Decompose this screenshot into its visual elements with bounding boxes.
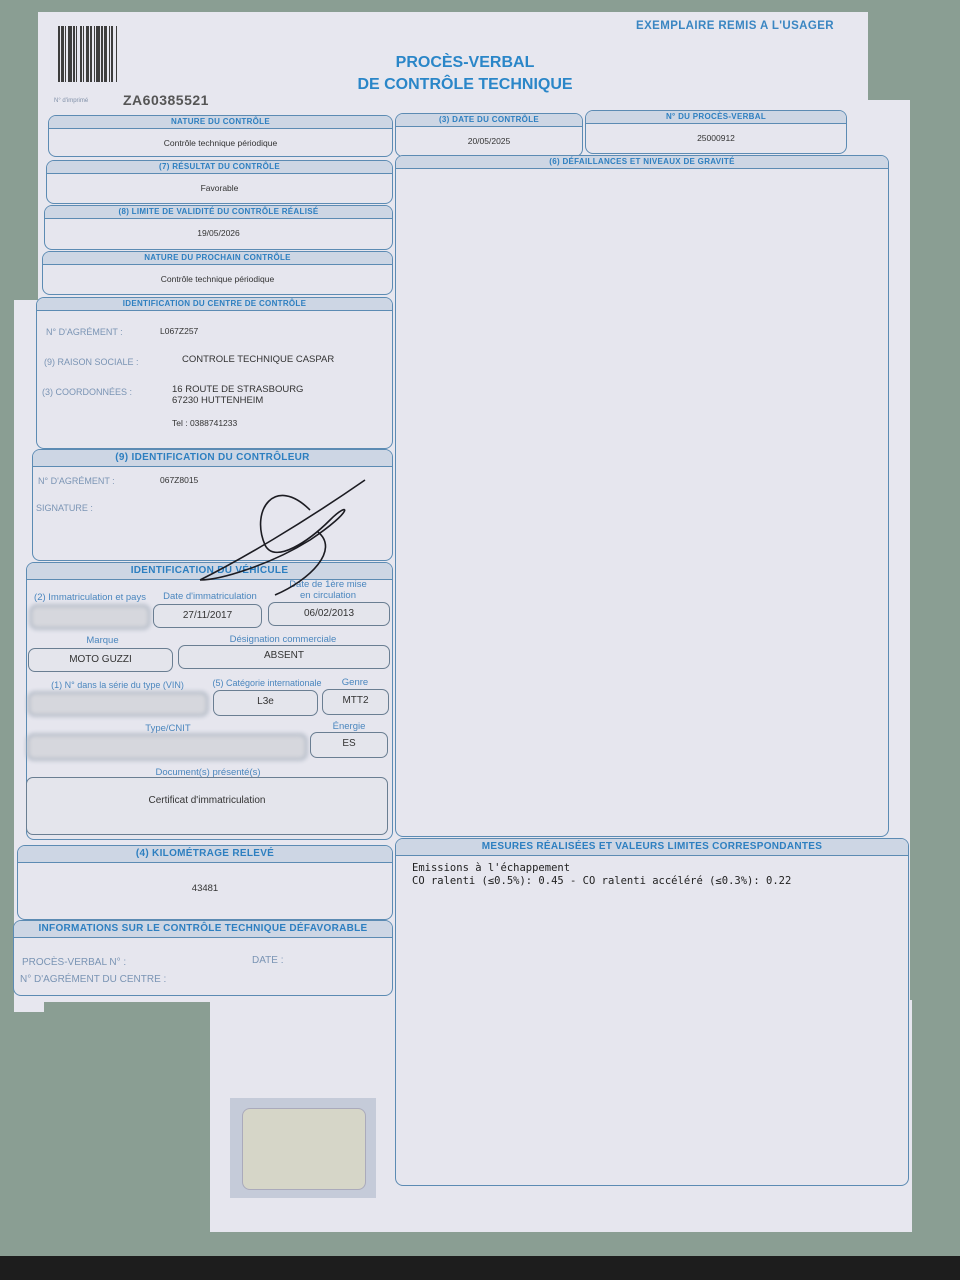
barcode — [58, 26, 208, 82]
type-cnit-label: Type/CNIT — [28, 723, 308, 734]
validity-value: 19/05/2026 — [45, 228, 392, 238]
security-hologram — [230, 1098, 376, 1198]
print-number: ZA60385521 — [123, 92, 209, 108]
first-circulation-label: Date de 1ère mise en circulation — [268, 579, 388, 601]
title-line-1: PROCÈS-VERBAL — [340, 52, 590, 74]
controller-agrement-label: N° D'AGRÉMENT : — [38, 476, 115, 486]
date-value: 20/05/2025 — [396, 136, 582, 146]
category-field: L3e — [213, 690, 318, 716]
result-box: (7) RÉSULTAT DU CONTRÔLE Favorable — [46, 160, 393, 204]
defects-box: (6) DÉFAILLANCES ET NIVEAUX DE GRAVITÉ — [395, 155, 889, 837]
pv-number-box: N° DU PROCÈS-VERBAL 25000912 — [585, 110, 847, 154]
table-edge — [0, 1256, 960, 1280]
documents-field: Certificat d'immatriculation — [26, 777, 388, 835]
unfavorable-date-label: DATE : — [252, 955, 283, 966]
immat-field — [30, 605, 150, 629]
barcode-bar — [117, 26, 119, 82]
next-control-value: Contrôle technique périodique — [43, 274, 392, 284]
date-immat-field: 27/11/2017 — [153, 604, 262, 628]
result-label: (7) RÉSULTAT DU CONTRÔLE — [47, 161, 392, 174]
category-label: (5) Catégorie internationale — [212, 678, 322, 688]
energy-label: Énergie — [310, 721, 388, 732]
print-number-label: N° d'imprimé — [54, 98, 88, 104]
marque-label: Marque — [30, 635, 175, 646]
vehicle-header: IDENTIFICATION DU VÉHICULE — [27, 563, 392, 580]
unfavorable-center-label: N° D'AGRÉMENT DU CENTRE : — [20, 974, 166, 985]
center-header: IDENTIFICATION DU CENTRE DE CONTRÔLE — [37, 298, 392, 311]
nature-box: NATURE DU CONTRÔLE Contrôle technique pé… — [48, 115, 393, 157]
unfavorable-pv-label: PROCÈS-VERBAL N° : — [22, 957, 126, 968]
measures-line-1: Emissions à l'échappement — [412, 862, 570, 874]
center-phone: Tel : 0388741233 — [172, 418, 237, 428]
controller-agrement-value: 067Z8015 — [160, 475, 198, 485]
pv-number-value: 25000912 — [586, 133, 846, 143]
coordinates-label: (3) COORDONNÉES : — [42, 387, 132, 397]
copy-note: EXEMPLAIRE REMIS A L'USAGER — [636, 20, 834, 32]
genre-field: MTT2 — [322, 689, 389, 715]
mileage-box: (4) KILOMÉTRAGE RELEVÉ 43481 — [17, 845, 393, 920]
defects-label: (6) DÉFAILLANCES ET NIVEAUX DE GRAVITÉ — [396, 156, 888, 169]
hologram-window — [242, 1108, 366, 1190]
type-cnit-field — [27, 734, 307, 760]
raison-sociale-label: (9) RAISON SOCIALE : — [44, 357, 139, 367]
designation-field: ABSENT — [178, 645, 390, 669]
measures-line-2: CO ralenti (≤0.5%): 0.45 - CO ralenti ac… — [412, 875, 791, 887]
first-circulation-label-1: Date de 1ère mise — [268, 579, 388, 590]
validity-box: (8) LIMITE DE VALIDITÉ DU CONTRÔLE RÉALI… — [44, 205, 393, 250]
controller-header: (9) IDENTIFICATION DU CONTRÔLEUR — [33, 450, 392, 467]
validity-label: (8) LIMITE DE VALIDITÉ DU CONTRÔLE RÉALI… — [45, 206, 392, 219]
center-agrement-value: L067Z257 — [160, 326, 198, 336]
title-line-2: DE CONTRÔLE TECHNIQUE — [340, 74, 590, 96]
mileage-header: (4) KILOMÉTRAGE RELEVÉ — [18, 846, 392, 863]
immat-label: (2) Immatriculation et pays — [30, 592, 150, 603]
energy-field: ES — [310, 732, 388, 758]
address-line-2: 67230 HUTTENHEIM — [172, 395, 263, 406]
center-agrement-label: N° D'AGRÉMENT : — [46, 327, 123, 337]
raison-sociale-value: CONTROLE TECHNIQUE CASPAR — [182, 354, 334, 365]
page-title: PROCÈS-VERBAL DE CONTRÔLE TECHNIQUE — [340, 52, 590, 96]
nature-label: NATURE DU CONTRÔLE — [49, 116, 392, 129]
pv-number-label: N° DU PROCÈS-VERBAL — [586, 111, 846, 124]
vin-label: (1) N° dans la série du type (VIN) — [30, 680, 205, 690]
first-circulation-field: 06/02/2013 — [268, 602, 390, 626]
marque-field: MOTO GUZZI — [28, 648, 173, 672]
nature-value: Contrôle technique périodique — [49, 138, 392, 148]
vin-field — [28, 692, 208, 716]
measures-header: MESURES RÉALISÉES ET VALEURS LIMITES COR… — [396, 839, 908, 856]
next-control-label: NATURE DU PROCHAIN CONTRÔLE — [43, 252, 392, 265]
first-circulation-label-2: en circulation — [268, 590, 388, 601]
signature-label: SIGNATURE : — [36, 503, 93, 513]
genre-label: Genre — [322, 677, 388, 688]
address-line-1: 16 ROUTE DE STRASBOURG — [172, 384, 303, 395]
date-box: (3) DATE DU CONTRÔLE 20/05/2025 — [395, 113, 583, 157]
mileage-value: 43481 — [18, 883, 392, 894]
measures-box: MESURES RÉALISÉES ET VALEURS LIMITES COR… — [395, 838, 909, 1186]
next-control-box: NATURE DU PROCHAIN CONTRÔLE Contrôle tec… — [42, 251, 393, 295]
date-immat-label: Date d'immatriculation — [155, 591, 265, 602]
date-label: (3) DATE DU CONTRÔLE — [396, 114, 582, 127]
result-value: Favorable — [47, 183, 392, 193]
designation-label: Désignation commerciale — [178, 634, 388, 645]
unfavorable-header: INFORMATIONS SUR LE CONTRÔLE TECHNIQUE D… — [14, 921, 392, 938]
